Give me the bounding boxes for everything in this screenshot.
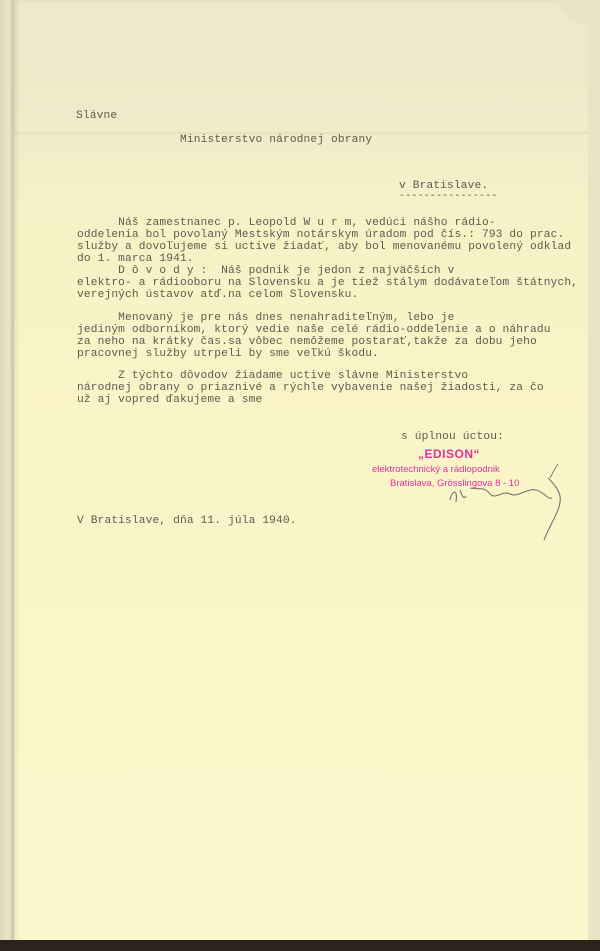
- stamp-company: „EDISON“: [418, 447, 480, 461]
- left-margin-strip: [0, 0, 14, 943]
- bottom-edge: [0, 940, 600, 951]
- closing: s úplnou úctou:: [401, 431, 504, 443]
- paragraph-line: služby a dovoľujeme si uctive žiadať, ab…: [77, 241, 571, 253]
- paragraph-line: do 1. marca 1941.: [77, 253, 194, 265]
- signature-icon: [440, 460, 580, 550]
- paragraph-line: jediným odborníkom, ktorý vedie naše cel…: [77, 324, 551, 336]
- paragraph-line: verejných ústavov atď.na celom Slovensku…: [77, 289, 358, 301]
- recipient-city-underline: ----------------: [399, 191, 497, 203]
- paragraph-line: Náš zamestnanec p. Leopold W u r m, vedú…: [77, 217, 496, 229]
- paragraph-line: oddelenia bol povolaný Mestským notársky…: [77, 229, 564, 241]
- salutation: Slávne: [76, 110, 117, 122]
- paragraph-line: Z týchto dôvodov žiadame uctive slávne M…: [77, 370, 468, 382]
- paragraph-line: D ô v o d y : Náš podnik je jedon z najv…: [77, 265, 455, 277]
- paragraph-line: pracovnej služby utrpeli by sme veľkú šk…: [77, 348, 379, 360]
- recipient: Ministerstvo národnej obrany: [180, 134, 372, 146]
- paragraph-line: za neho na krátky čas.sa vôbec nemôžeme …: [77, 336, 537, 348]
- paragraph-line: národnej obrany o priaznivé a rýchle vyb…: [77, 382, 544, 394]
- date-line: V Bratislave, dňa 11. júla 1940.: [77, 515, 297, 527]
- paragraph-line: Menovaný je pre nás dnes nenahraditeľným…: [77, 312, 455, 324]
- paragraph-line: už aj vopred ďakujeme a sme: [77, 394, 262, 406]
- paragraph-line: elektro- a rádiooboru na Slovensku a je …: [77, 277, 578, 289]
